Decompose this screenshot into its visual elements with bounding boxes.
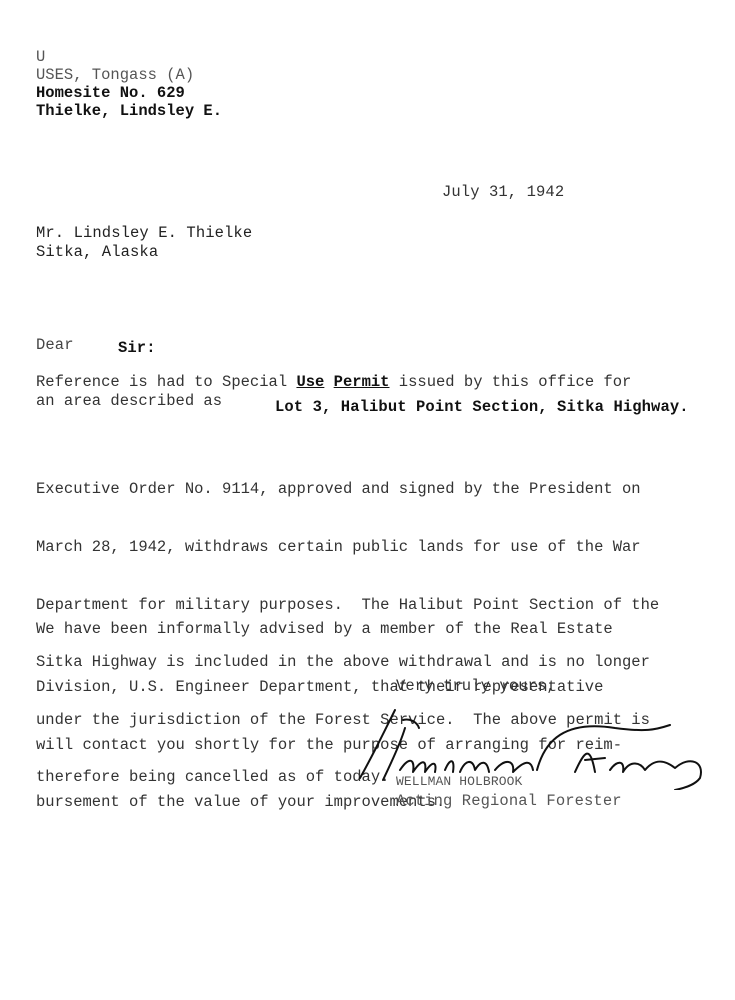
reference-line-2: USES, Tongass (A) — [36, 66, 222, 84]
paragraph-reference: Reference is had to Special Use Permit i… — [36, 373, 631, 392]
letter-date: July 31, 1942 — [442, 183, 564, 202]
permit-word: Permit — [334, 373, 390, 391]
area-described-label: an area described as — [36, 392, 222, 411]
file-reference: U USES, Tongass (A) Homesite No. 629 Thi… — [36, 48, 222, 120]
eo-line: Executive Order No. 9114, approved and s… — [36, 480, 659, 499]
reference-text-cont: issued by this office for — [389, 373, 631, 391]
reference-line-3: Homesite No. 629 — [36, 84, 222, 102]
salutation-dear: Dear — [36, 336, 74, 355]
addressee-name: Mr. Lindsley E. Thielke — [36, 224, 252, 243]
use-word: Use — [296, 373, 324, 391]
reference-line-1: U — [36, 48, 222, 66]
signer-title: Acting Regional Forester — [396, 792, 622, 811]
addressee-location: Sitka, Alaska — [36, 243, 158, 262]
lot-location: Lot 3, Halibut Point Section, Sitka High… — [275, 398, 689, 417]
reference-line-4: Thielke, Lindsley E. — [36, 102, 222, 120]
eo-line: March 28, 1942, withdraws certain public… — [36, 538, 659, 557]
salutation-title: Sir: — [118, 339, 156, 358]
closing: Very truly yours, — [396, 677, 556, 696]
reimb-line: We have been informally advised by a mem… — [36, 620, 622, 639]
spacer — [324, 373, 333, 391]
reference-text: Reference is had to Special — [36, 373, 296, 391]
signer-name: WELLMAN HOLBROOK — [396, 772, 522, 791]
